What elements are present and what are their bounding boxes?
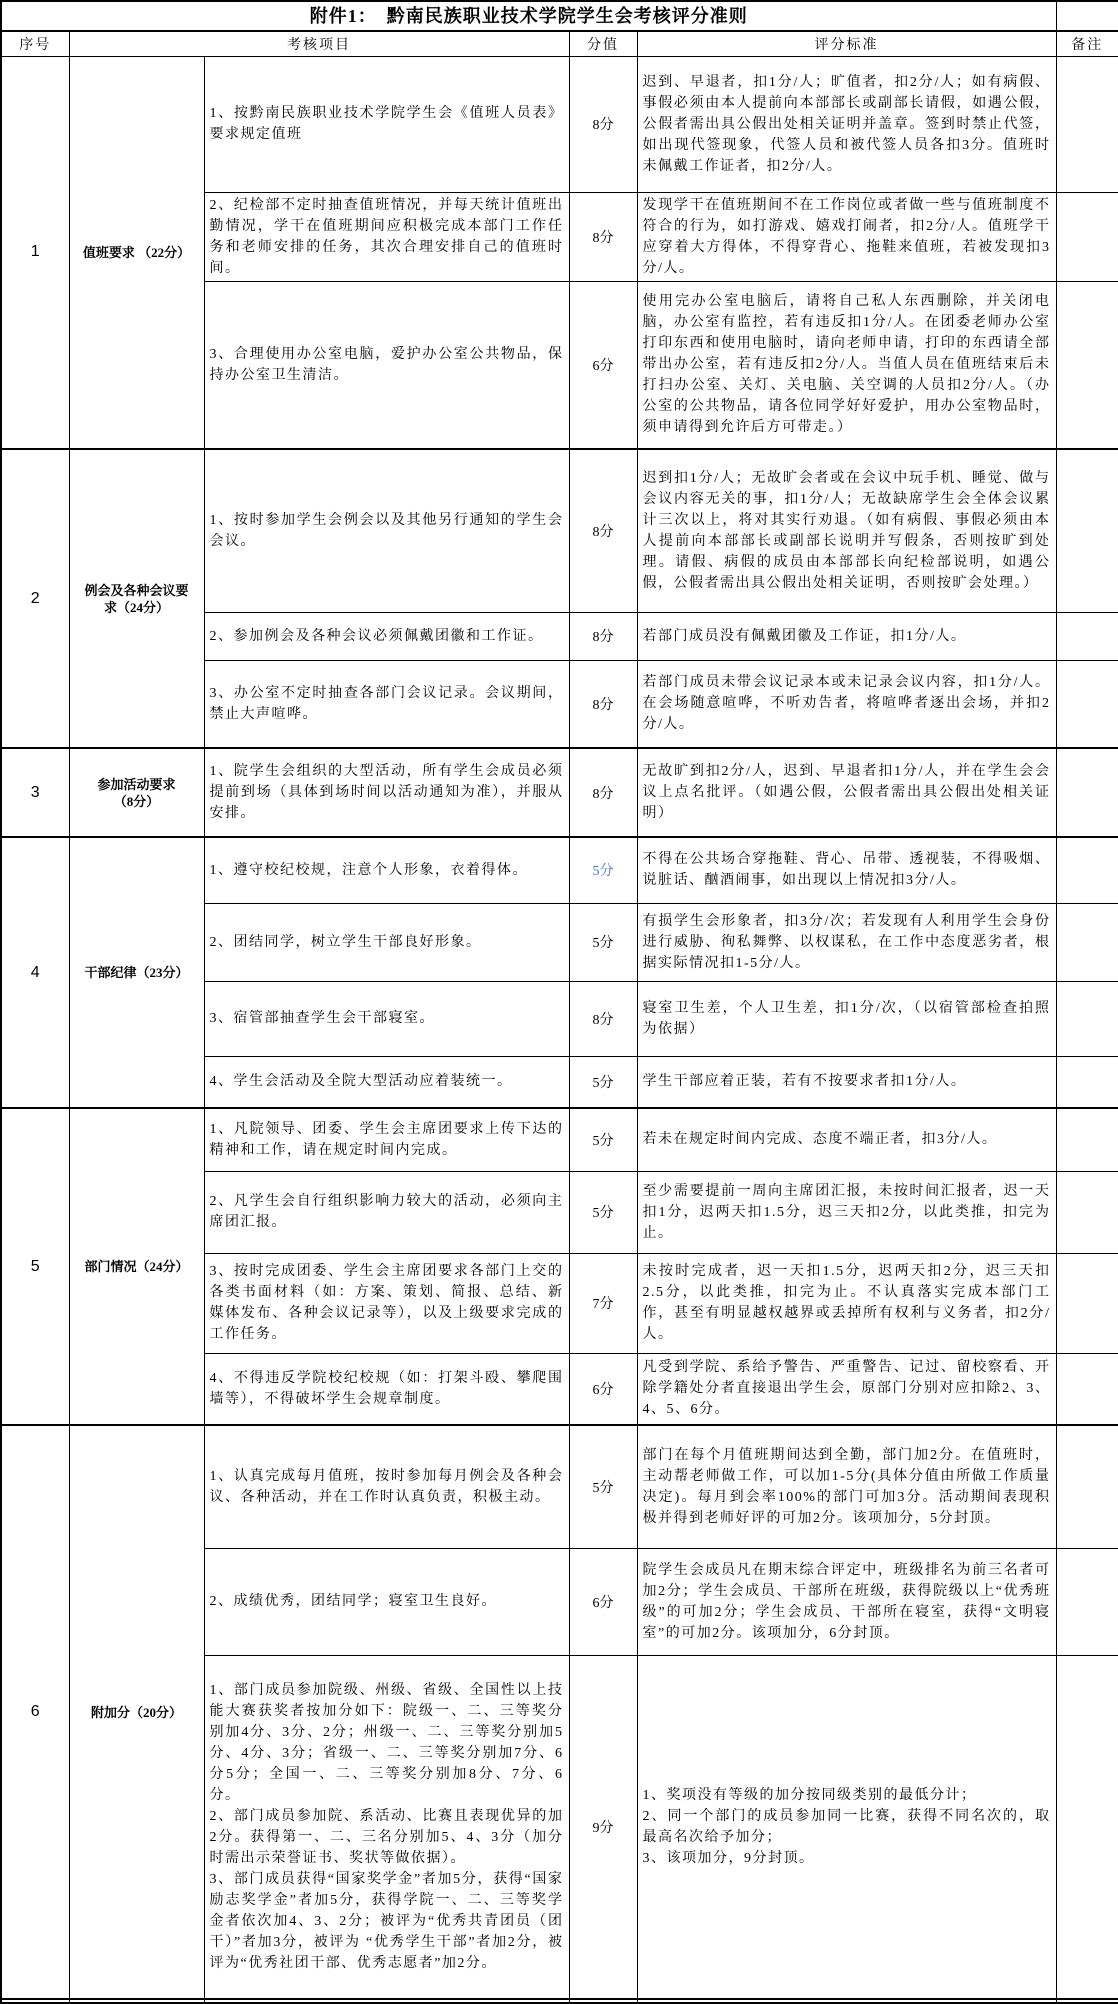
item-cell: 1、部门成员参加院级、州级、省级、全国性以上技能大赛获奖者按加分如下：院级一、二…	[204, 1655, 569, 1999]
col-header-index: 序号	[1, 31, 69, 56]
item-cell: 4、不得违反学院校纪校规（如：打架斗殴、攀爬围墙等），不得破坏学生会规章制度。	[204, 1353, 569, 1425]
score-cell: 5分	[569, 1425, 637, 1548]
score-cell: 8分	[569, 192, 637, 281]
remark-cell	[1056, 1353, 1118, 1425]
score-cell: 8分	[569, 449, 637, 612]
criteria-cell: 至少需要提前一周向主席团汇报，未按时间汇报者，迟一天扣1分，迟两天扣1.5分，迟…	[637, 1171, 1056, 1253]
remark-cell	[1056, 1548, 1118, 1655]
empty-cell	[204, 1999, 569, 2003]
remark-cell	[1056, 981, 1118, 1056]
empty-cell	[637, 1999, 1056, 2003]
item-cell: 3、办公室不定时抽查各部门会议记录。会议期间，禁止大声喧哗。	[204, 660, 569, 748]
score-cell: 8分	[569, 56, 637, 192]
score-cell: 6分	[569, 1548, 637, 1655]
score-cell: 8分	[569, 660, 637, 748]
criteria-cell: 若未在规定时间内完成、态度不端正者，扣3分/人。	[637, 1108, 1056, 1171]
title-remark-spacer	[1056, 1, 1118, 31]
remark-cell	[1056, 192, 1118, 281]
remark-cell	[1056, 612, 1118, 660]
page-title: 附件1： 黔南民族职业技术学院学生会考核评分准则	[1, 1, 1056, 31]
score-cell-highlighted: 5分	[569, 837, 637, 903]
score-cell: 5分	[569, 1171, 637, 1253]
item-cell: 2、纪检部不定时抽查值班情况，并每天统计值班出勤情况，学干在值班期间应积极完成本…	[204, 192, 569, 281]
remark-cell	[1056, 281, 1118, 449]
item-cell: 3、合理使用办公室电脑，爱护办公室公共物品，保持办公室卫生清洁。	[204, 281, 569, 449]
item-cell: 2、成绩优秀，团结同学；寝室卫生良好。	[204, 1548, 569, 1655]
group-category: 例会及各种会议要 求（24分）	[69, 449, 204, 748]
remark-cell	[1056, 837, 1118, 903]
item-cell: 1、凡院领导、团委、学生会主席团要求上传下达的精神和工作，请在规定时间内完成。	[204, 1108, 569, 1171]
score-cell: 5分	[569, 1108, 637, 1171]
remark-cell	[1056, 660, 1118, 748]
criteria-cell: 寝室卫生差，个人卫生差，扣1分/次，（以宿管部检查拍照为依据）	[637, 981, 1056, 1056]
score-cell: 6分	[569, 281, 637, 449]
criteria-cell: 凡受到学院、系给予警告、严重警告、记过、留校察看、开除学籍处分者直接退出学生会，…	[637, 1353, 1056, 1425]
score-cell: 7分	[569, 1253, 637, 1353]
group-index: 3	[1, 748, 69, 837]
item-cell: 1、按黔南民族职业技术学院学生会《值班人员表》要求规定值班	[204, 56, 569, 192]
col-header-remark: 备注	[1056, 31, 1118, 56]
score-cell: 8分	[569, 612, 637, 660]
criteria-cell: 迟到、早退者，扣1分/人；旷值者，扣2分/人；如有病假、事假必须由本人提前向本部…	[637, 56, 1056, 192]
remark-cell	[1056, 1425, 1118, 1548]
remark-cell	[1056, 903, 1118, 981]
score-cell: 6分	[569, 1353, 637, 1425]
group-category: 附加分（20分）	[69, 1425, 204, 1999]
criteria-cell: 院学生会成员凡在期末综合评定中，班级排名为前三名者可加2分；学生会成员、干部所在…	[637, 1548, 1056, 1655]
criteria-cell: 部门在每个月值班期间达到全勤，部门加2分。在值班时，主动帮老师做工作，可以加1-…	[637, 1425, 1056, 1548]
item-cell: 1、认真完成每月值班，按时参加每月例会及各种会议、各种活动，并在工作时认真负责，…	[204, 1425, 569, 1548]
item-cell: 2、团结同学，树立学生干部良好形象。	[204, 903, 569, 981]
remark-cell	[1056, 1171, 1118, 1253]
criteria-cell: 学生干部应着正装，若有不按要求者扣1分/人。	[637, 1056, 1056, 1108]
empty-cell	[569, 1999, 637, 2003]
remark-cell	[1056, 748, 1118, 837]
remark-cell	[1056, 449, 1118, 612]
score-cell: 5分	[569, 1056, 637, 1108]
remark-cell	[1056, 1056, 1118, 1108]
group-index: 2	[1, 449, 69, 748]
criteria-cell: 迟到扣1分/人；无故旷会者或在会议中玩手机、睡觉、做与会议内容无关的事，扣1分/…	[637, 449, 1056, 612]
item-cell: 2、凡学生会自行组织影响力较大的活动，必须向主席团汇报。	[204, 1171, 569, 1253]
group-index: 1	[1, 56, 69, 449]
empty-cell	[1, 1999, 69, 2003]
remark-cell	[1056, 1253, 1118, 1353]
assessment-table: 附件1： 黔南民族职业技术学院学生会考核评分准则 序号 考核项目 分值 评分标准…	[0, 0, 1118, 2004]
group-category: 干部纪律（23分）	[69, 837, 204, 1108]
item-cell: 1、院学生会组织的大型活动，所有学生会成员必须提前到场（具体到场时间以活动通知为…	[204, 748, 569, 837]
criteria-cell: 使用完办公室电脑后，请将自己私人东西删除，并关闭电脑，办公室有监控，若有违反扣1…	[637, 281, 1056, 449]
score-cell: 9分	[569, 1655, 637, 1999]
item-cell: 3、宿管部抽查学生会干部寝室。	[204, 981, 569, 1056]
empty-cell	[69, 1999, 204, 2003]
empty-cell	[1056, 1999, 1118, 2003]
group-index: 6	[1, 1425, 69, 1999]
item-cell: 4、学生会活动及全院大型活动应着装统一。	[204, 1056, 569, 1108]
criteria-cell: 发现学干在值班期间不在工作岗位或者做一些与值班制度不符合的行为，如打游戏、嬉戏打…	[637, 192, 1056, 281]
group-category: 部门情况（24分）	[69, 1108, 204, 1425]
criteria-cell: 未按时完成者，迟一天扣1.5分，迟两天扣2分，迟三天扣2.5分，以此类推，扣完为…	[637, 1253, 1056, 1353]
remark-cell	[1056, 56, 1118, 192]
criteria-cell: 有损学生会形象者，扣3分/次；若发现有人利用学生会身份进行威胁、徇私舞弊、以权谋…	[637, 903, 1056, 981]
criteria-cell: 1、奖项没有等级的加分按同级类别的最低分计； 2、同一个部门的成员参加同一比赛，…	[637, 1655, 1056, 1999]
score-cell: 8分	[569, 748, 637, 837]
item-cell: 3、按时完成团委、学生会主席团要求各部门上交的各类书面材料（如：方案、策划、简报…	[204, 1253, 569, 1353]
remark-cell	[1056, 1108, 1118, 1171]
col-header-item: 考核项目	[69, 31, 569, 56]
remark-cell	[1056, 1655, 1118, 1999]
item-cell: 1、遵守校纪校规，注意个人形象，衣着得体。	[204, 837, 569, 903]
criteria-cell: 不得在公共场合穿拖鞋、背心、吊带、透视装，不得吸烟、说脏话、酗酒闹事，如出现以上…	[637, 837, 1056, 903]
item-cell: 1、按时参加学生会例会以及其他另行通知的学生会会议。	[204, 449, 569, 612]
group-category: 值班要求 （22分）	[69, 56, 204, 449]
criteria-cell: 若部门成员没有佩戴团徽及工作证，扣1分/人。	[637, 612, 1056, 660]
item-cell: 2、参加例会及各种会议必须佩戴团徽和工作证。	[204, 612, 569, 660]
criteria-cell: 若部门成员未带会议记录本或未记录会议内容，扣1分/人。在会场随意喧哗，不听劝告者…	[637, 660, 1056, 748]
group-category: 参加活动要求 （8分）	[69, 748, 204, 837]
score-cell: 8分	[569, 981, 637, 1056]
group-index: 4	[1, 837, 69, 1108]
col-header-score: 分值	[569, 31, 637, 56]
group-index: 5	[1, 1108, 69, 1425]
col-header-criteria: 评分标准	[637, 31, 1056, 56]
score-cell: 5分	[569, 903, 637, 981]
criteria-cell: 无故旷到扣2分/人，迟到、早退者扣1分/人，并在学生会会议上点名批评。（如遇公假…	[637, 748, 1056, 837]
